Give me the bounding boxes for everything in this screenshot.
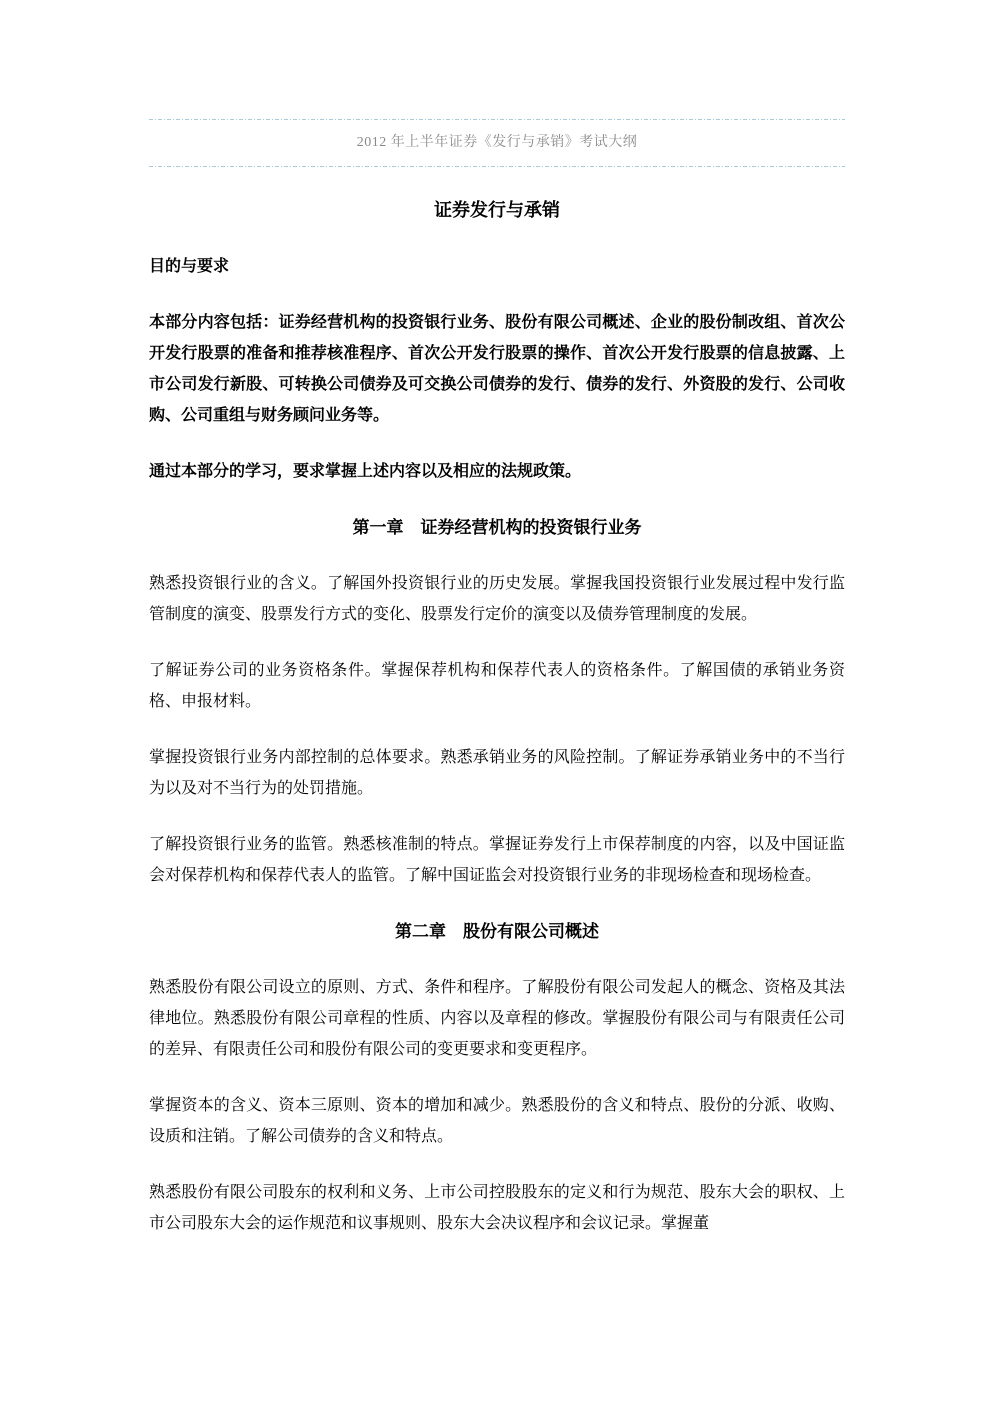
page-header-caption: 2012 年上半年证券《发行与承销》考试大纲	[149, 120, 845, 166]
chapter-2-paragraph: 掌握资本的含义、资本三原则、资本的增加和减少。熟悉股份的含义和特点、股份的分派、…	[149, 1090, 845, 1152]
chapter-1-paragraph: 了解投资银行业务的监管。熟悉核准制的特点。掌握证券发行上市保荐制度的内容，以及中…	[149, 829, 845, 891]
intro-paragraph: 通过本部分的学习，要求掌握上述内容以及相应的法规政策。	[149, 456, 845, 487]
header-rule-bottom	[149, 166, 845, 167]
intro-paragraph: 本部分内容包括：证券经营机构的投资银行业务、股份有限公司概述、企业的股份制改组、…	[149, 307, 845, 431]
chapter-2-heading: 第二章 股份有限公司概述	[149, 916, 845, 947]
document-title: 证券发行与承销	[149, 195, 845, 226]
chapter-2-paragraph: 熟悉股份有限公司设立的原则、方式、条件和程序。了解股份有限公司发起人的概念、资格…	[149, 972, 845, 1065]
chapter-1-paragraph: 掌握投资银行业务内部控制的总体要求。熟悉承销业务的风险控制。了解证券承销业务中的…	[149, 742, 845, 804]
chapter-1-heading: 第一章 证券经营机构的投资银行业务	[149, 512, 845, 543]
document-page: 2012 年上半年证券《发行与承销》考试大纲 证券发行与承销 目的与要求 本部分…	[149, 0, 845, 1239]
chapter-1-paragraph: 了解证券公司的业务资格条件。掌握保荐机构和保荐代表人的资格条件。了解国债的承销业…	[149, 655, 845, 717]
chapter-2-paragraph: 熟悉股份有限公司股东的权利和义务、上市公司控股股东的定义和行为规范、股东大会的职…	[149, 1177, 845, 1239]
chapter-1-paragraph: 熟悉投资银行业的含义。了解国外投资银行业的历史发展。掌握我国投资银行业发展过程中…	[149, 568, 845, 630]
section-label-objectives: 目的与要求	[149, 251, 845, 282]
